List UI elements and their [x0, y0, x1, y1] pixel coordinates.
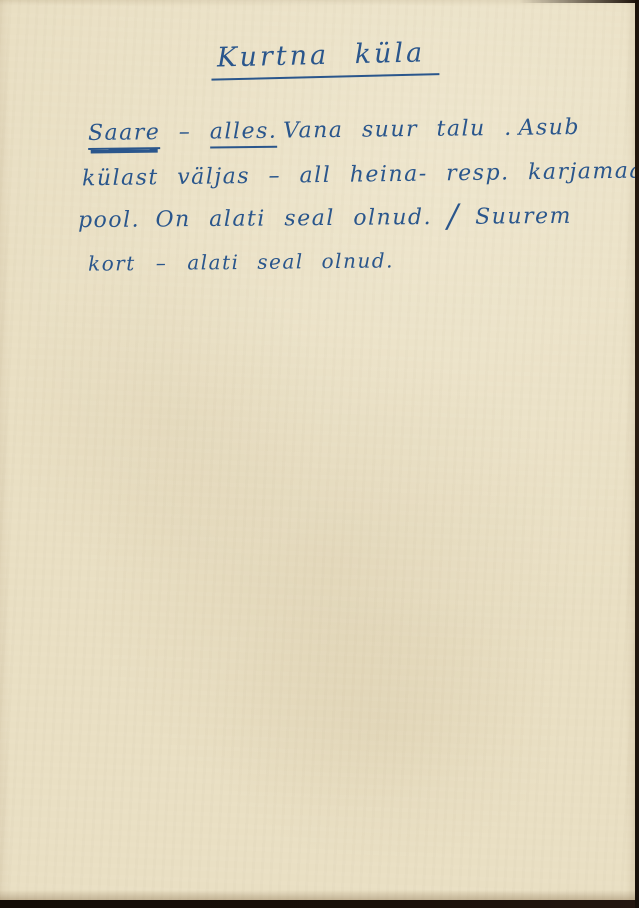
line1-description: Vana suur talu .: [283, 116, 513, 144]
line3-phrase: On alati seal olnud.: [155, 205, 432, 232]
line1-tail: Asub: [518, 115, 580, 141]
status-word: alles.: [210, 119, 278, 149]
page-title: Kurtna küla: [211, 37, 440, 81]
line3-word: pool.: [78, 208, 140, 234]
line3-tail: Suurem: [475, 204, 572, 230]
line4-word: kort: [88, 251, 136, 275]
handwriting-line-3: pool. On alati seal olnud. / Suurem: [78, 204, 572, 233]
scan-edge-bottom: [0, 900, 639, 908]
dash: –: [179, 120, 192, 145]
scan-edge-right: [635, 0, 639, 908]
title-row: Kurtna küla: [0, 40, 639, 78]
handwriting-line-1: Saare – alles. Vana suur talu . Asub: [88, 115, 580, 150]
dash: –: [156, 251, 168, 275]
paper-bottom-shadow: [0, 890, 639, 900]
scanned-manuscript-page: Kurtna küla Saare – alles. Vana suur tal…: [0, 0, 639, 908]
farm-name: Saare: [88, 120, 161, 150]
line2-text: külast väljas – all heina- resp. karjama…: [82, 159, 639, 192]
line1-lead: Saare – alles.: [88, 119, 278, 150]
handwriting-line-2: külast väljas – all heina- resp. karjama…: [82, 160, 562, 192]
line4-phrase: alati seal olnud.: [187, 248, 394, 274]
scan-edge-top-right: [519, 0, 639, 3]
handwriting-line-4: kort – alati seal olnud.: [88, 248, 394, 275]
